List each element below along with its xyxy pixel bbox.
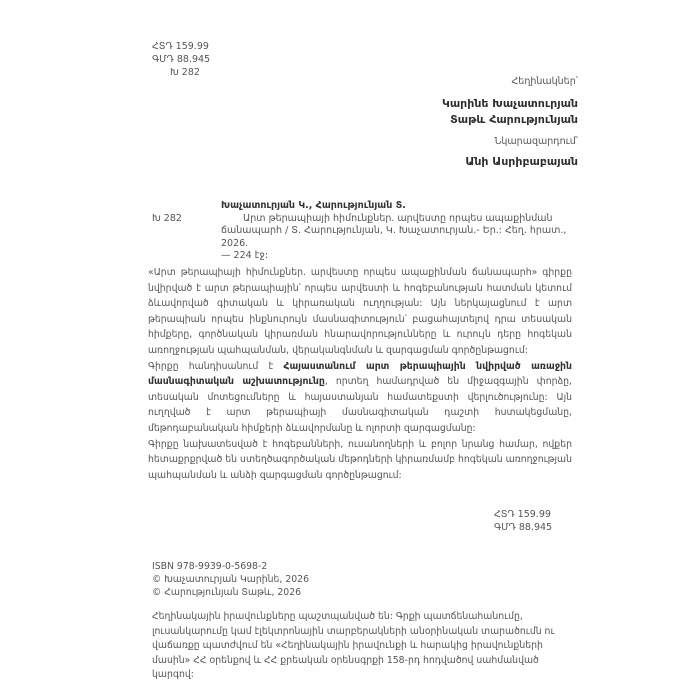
author-name: Կարինե Խաչատուրյան <box>442 96 578 112</box>
gmd-code: ԳՄԴ 88.945 <box>494 521 552 534</box>
classification-codes-top: ՀՏԴ 159.99 ԳՄԴ 88.945 Խ 282 <box>152 40 210 79</box>
classification-codes-bottom: ՀՏԴ 159.99 ԳՄԴ 88.945 <box>494 508 552 534</box>
illustrator-label: Նկարազարդում՝ <box>494 136 578 147</box>
catalog-entry-number: Խ 282 <box>152 213 182 226</box>
isbn-copyright-block: ISBN 978-9939-0-5698-2 © Խաչատուրյան Կար… <box>152 560 309 599</box>
authors-label: Հեղինակներ՝ <box>512 76 579 87</box>
catalog-entry-description: Արտ թերապիայի հիմունքներ. արվեստը որպես … <box>221 213 572 251</box>
abstract-text: Գիրքը հանդիսանում է <box>148 361 283 372</box>
abstract-paragraph: Գիրքը հանդիսանում է Հայաստանում արտ թերա… <box>148 359 572 437</box>
hsd-code: ՀՏԴ 159.99 <box>494 508 552 521</box>
isbn: ISBN 978-9939-0-5698-2 <box>152 560 309 573</box>
catalog-entry: Խ 282 Խաչատուրյան Կ., Հարությունյան Տ. Ա… <box>152 200 572 263</box>
copyright-line: © Խաչատուրյան Կարինե, 2026 <box>152 573 309 586</box>
catalog-number: Խ 282 <box>152 66 210 79</box>
abstract-paragraph: «Արտ թերապիայի հիմունքներ. արվեստը որպես… <box>148 265 572 359</box>
hsd-code: ՀՏԴ 159.99 <box>152 40 210 53</box>
rights-notice: Հեղինակային իրավունքները պաշտպանված են: … <box>152 610 572 683</box>
book-abstract: «Արտ թերապիայի հիմունքներ. արվեստը որպես… <box>148 265 572 483</box>
abstract-paragraph: Գիրքը նախատեսված է հոգեբանների, ուսանողն… <box>148 437 572 484</box>
illustrator-name: Անի Ասրիբաբայան <box>465 155 578 168</box>
copyright-line: © Հարությունյան Տաթև, 2026 <box>152 586 309 599</box>
catalog-entry-heading: Խաչատուրյան Կ., Հարությունյան Տ. <box>221 200 572 213</box>
authors-list: Կարինե Խաչատուրյան Տաթև Հարությունյան <box>442 96 578 128</box>
imprint-page: ՀՏԴ 159.99 ԳՄԴ 88.945 Խ 282 Հեղինակներ՝ … <box>0 0 700 700</box>
catalog-entry-pages: — 224 էջ: <box>221 250 572 263</box>
author-name: Տաթև Հարությունյան <box>442 112 578 128</box>
gmd-code: ԳՄԴ 88.945 <box>152 53 210 66</box>
